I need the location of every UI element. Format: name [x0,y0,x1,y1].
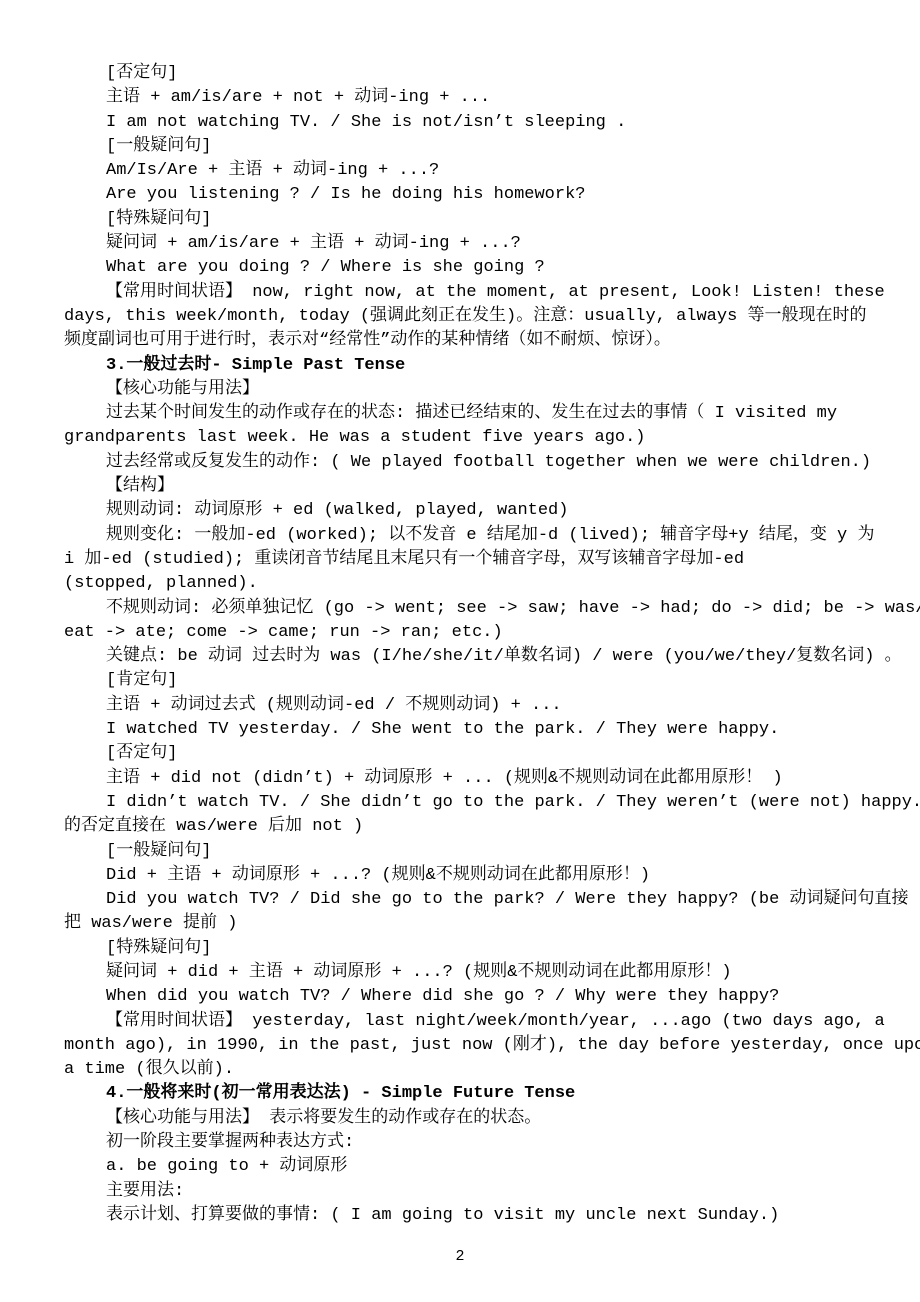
page-number: 2 [0,1248,920,1266]
text-line: Did + 主语 + 动词原形 + ...? (规则&不规则动词在此都用原形！) [64,864,884,888]
text-line: 【常用时间状语】 now, right now, at the moment, … [64,281,884,305]
text-line: eat -> ate; come -> came; run -> ran; et… [64,621,884,645]
section-heading: 3.一般过去时- Simple Past Tense [64,354,884,378]
text-line: [一般疑问句] [64,840,884,864]
document-page: [否定句]主语 + am/is/are + not + 动词-ing + ...… [0,0,920,1302]
section-heading: 4.一般将来时(初一常用表达法) - Simple Future Tense [64,1082,884,1106]
text-line: 主语 + 动词过去式 (规则动词-ed / 不规则动词) + ... [64,694,884,718]
text-line: 【常用时间状语】 yesterday, last night/week/mont… [64,1010,884,1034]
text-line: grandparents last week. He was a student… [64,426,884,450]
text-line: 【结构】 [64,475,884,499]
text-line: 规则变化: 一般加-ed (worked); 以不发音 e 结尾加-d (liv… [64,524,884,548]
text-line: 把 was/were 提前 ) [64,912,884,936]
text-line: Am/Is/Are + 主语 + 动词-ing + ...? [64,159,884,183]
text-line: 不规则动词: 必须单独记忆 (go -> went; see -> saw; h… [64,597,884,621]
text-line: [特殊疑问句] [64,937,884,961]
text-line: When did you watch TV? / Where did she g… [64,985,884,1009]
text-line: a. be going to + 动词原形 [64,1155,884,1179]
text-line: 频度副词也可用于进行时，表示对“经常性”动作的某种情绪（如不耐烦、惊讶）。 [64,329,884,353]
text-line: [肯定句] [64,669,884,693]
text-line: 【核心功能与用法】 [64,378,884,402]
text-line: 过去某个时间发生的动作或存在的状态: 描述已经结束的、发生在过去的事情（ I v… [64,402,884,426]
text-line: 规则动词: 动词原形 + ed (walked, played, wanted) [64,499,884,523]
text-line: month ago), in 1990, in the past, just n… [64,1034,884,1058]
text-line: 疑问词 + am/is/are + 主语 + 动词-ing + ...? [64,232,884,256]
text-line: 的否定直接在 was/were 后加 not ) [64,815,884,839]
text-line: 关键点: be 动词 过去时为 was (I/he/she/it/单数名词) /… [64,645,884,669]
text-line: (stopped, planned). [64,572,884,596]
text-line: 表示计划、打算要做的事情: ( I am going to visit my u… [64,1204,884,1228]
text-line: [否定句] [64,62,884,86]
text-line: I watched TV yesterday. / She went to th… [64,718,884,742]
document-body: [否定句]主语 + am/is/are + not + 动词-ing + ...… [0,0,920,1228]
text-line: a time (很久以前). [64,1058,884,1082]
text-line: 主语 + did not (didn’t) + 动词原形 + ... (规则&不… [64,767,884,791]
text-line: 过去经常或反复发生的动作: ( We played football toget… [64,451,884,475]
text-line: What are you doing ? / Where is she goin… [64,256,884,280]
text-line: [一般疑问句] [64,135,884,159]
text-line: [特殊疑问句] [64,208,884,232]
text-line: [否定句] [64,742,884,766]
text-line: Did you watch TV? / Did she go to the pa… [64,888,884,912]
text-line: 疑问词 + did + 主语 + 动词原形 + ...? (规则&不规则动词在此… [64,961,884,985]
text-line: 【核心功能与用法】 表示将要发生的动作或存在的状态。 [64,1107,884,1131]
text-line: I didn’t watch TV. / She didn’t go to th… [64,791,884,815]
text-line: 主要用法: [64,1180,884,1204]
text-line: 初一阶段主要掌握两种表达方式: [64,1131,884,1155]
text-line: 主语 + am/is/are + not + 动词-ing + ... [64,86,884,110]
text-line: Are you listening ? / Is he doing his ho… [64,183,884,207]
text-line: days, this week/month, today (强调此刻正在发生)。… [64,305,884,329]
text-line: I am not watching TV. / She is not/isn’t… [64,111,884,135]
text-line: i 加-ed (studied); 重读闭音节结尾且末尾只有一个辅音字母，双写该… [64,548,884,572]
